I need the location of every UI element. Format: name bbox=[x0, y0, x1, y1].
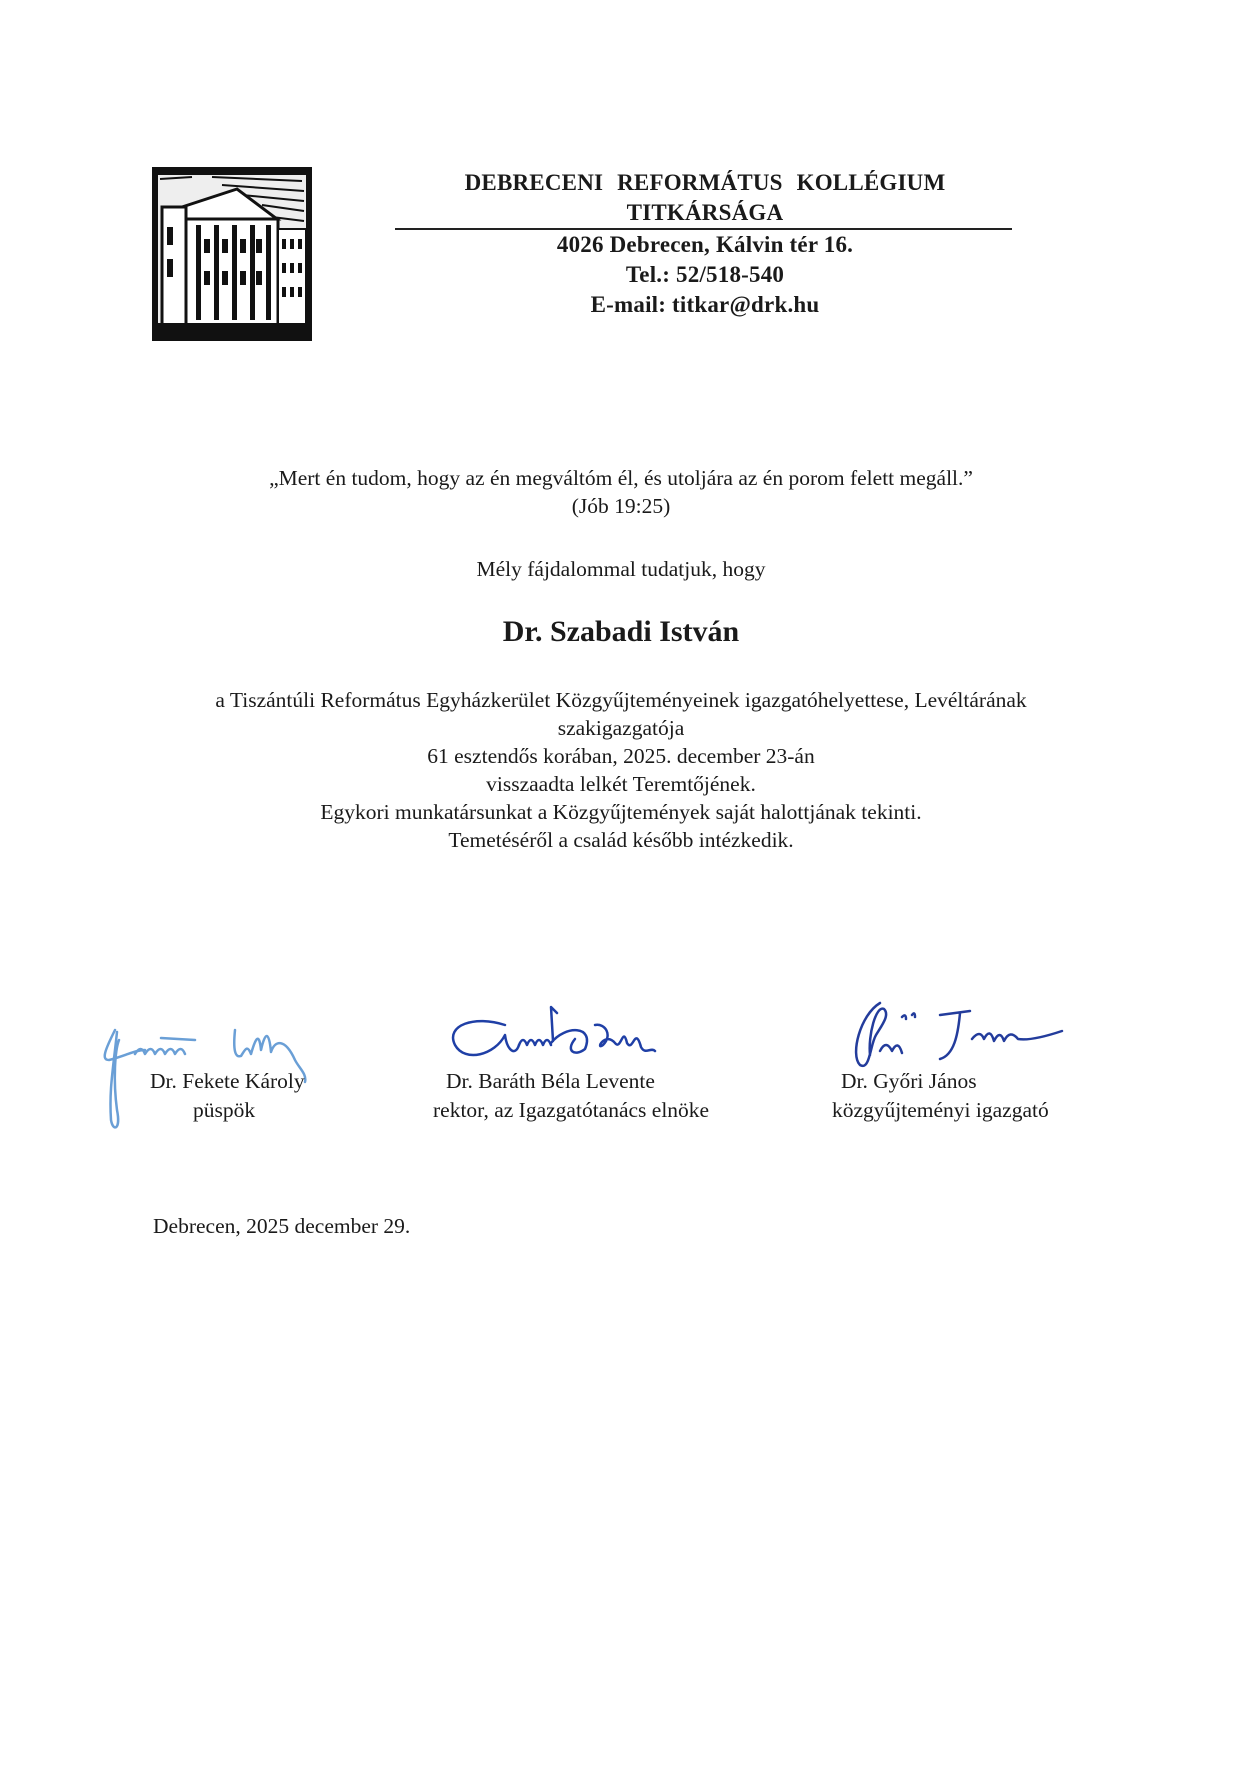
address: 4026 Debrecen, Kálvin tér 16. bbox=[395, 230, 1015, 260]
organization-name: DEBRECENI REFORMÁTUS KOLLÉGIUM bbox=[395, 168, 1015, 198]
body-line: Egykori munkatársunkat a Közgyűjtemények… bbox=[0, 798, 1242, 826]
body-line: 61 esztendős korában, 2025. december 23-… bbox=[0, 742, 1242, 770]
body-line: szakigazgatója bbox=[0, 714, 1242, 742]
signatory-title: rektor, az Igazgatótanács elnöke bbox=[433, 1096, 709, 1125]
announcement-body: a Tiszántúli Református Egyházkerület Kö… bbox=[0, 686, 1242, 854]
phone: Tel.: 52/518-540 bbox=[395, 260, 1015, 290]
college-logo bbox=[152, 167, 312, 341]
building-engraving-icon bbox=[152, 167, 312, 341]
email: E-mail: titkar@drk.hu bbox=[395, 290, 1015, 320]
signatory-name: Dr. Győri János bbox=[841, 1067, 977, 1096]
scripture-quote: „Mert én tudom, hogy az én megváltóm él,… bbox=[0, 464, 1242, 520]
signatory-name: Dr. Fekete Károly bbox=[150, 1067, 305, 1096]
signatory-title: püspök bbox=[193, 1096, 255, 1125]
intro-line: Mély fájdalommal tudatjuk, hogy bbox=[0, 555, 1242, 583]
body-line: visszaadta lelkét Teremtőjének. bbox=[0, 770, 1242, 798]
quote-text: „Mert én tudom, hogy az én megváltóm él,… bbox=[0, 464, 1242, 492]
letterhead: DEBRECENI REFORMÁTUS KOLLÉGIUM TITKÁRSÁG… bbox=[395, 168, 1015, 320]
signatory-title: közgyűjteményi igazgató bbox=[832, 1096, 1049, 1125]
body-line: Temetéséről a család később intézkedik. bbox=[0, 826, 1242, 854]
signature-2-icon bbox=[445, 995, 685, 1065]
body-line: a Tiszántúli Református Egyházkerület Kö… bbox=[0, 686, 1242, 714]
department-name: TITKÁRSÁGA bbox=[395, 198, 1015, 228]
dateline: Debrecen, 2025 december 29. bbox=[153, 1212, 410, 1240]
deceased-name: Dr. Szabadi István bbox=[0, 614, 1242, 650]
quote-reference: (Jób 19:25) bbox=[0, 492, 1242, 520]
signatory-name: Dr. Baráth Béla Levente bbox=[446, 1067, 655, 1096]
